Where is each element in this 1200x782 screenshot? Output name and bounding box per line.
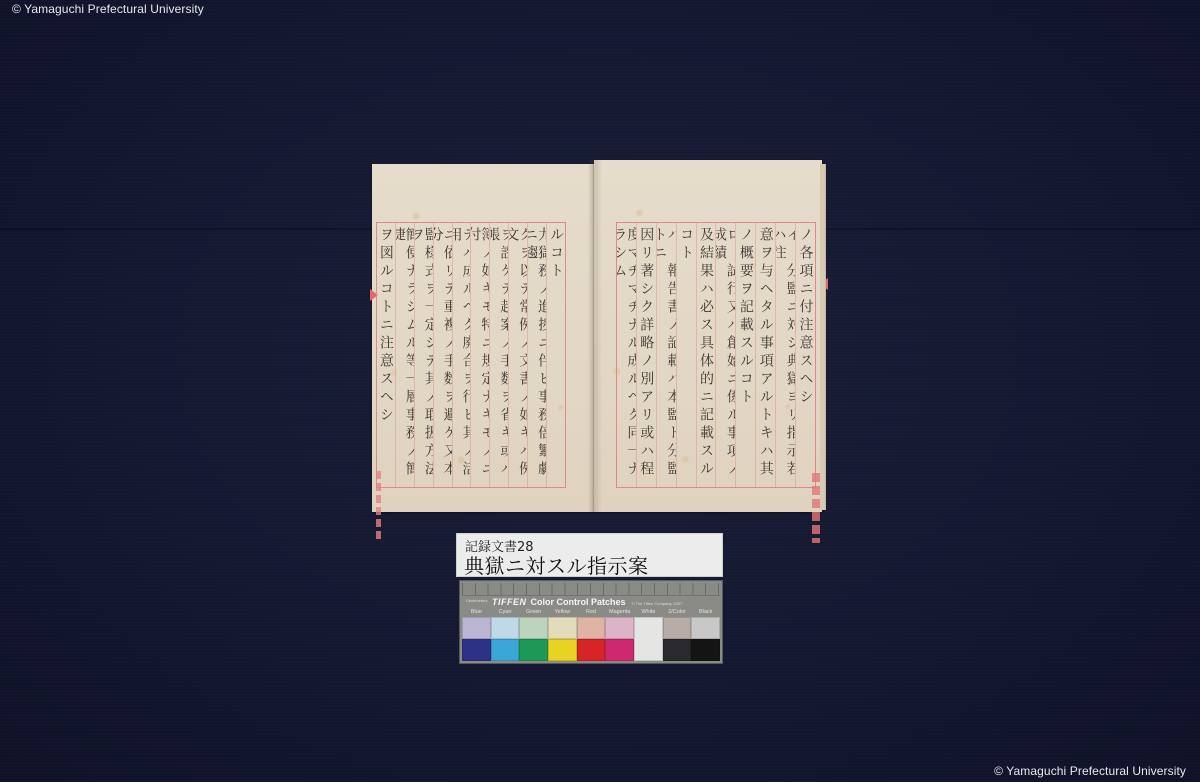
column-text: 簡便ナラシムル等一層事務ノ簡捷 bbox=[395, 227, 414, 487]
color-patch-white-light bbox=[634, 617, 663, 661]
column-text: テハ成ルヘク廃合ヲ行ヒ其ノ活用 bbox=[452, 227, 471, 487]
column-text: ノ概要ヲ記載スルコト bbox=[739, 227, 753, 407]
text-column: ロ、試行又ハ創始ニ係ル事項ノ成績 bbox=[715, 223, 735, 487]
color-patch-yellow-light bbox=[548, 617, 577, 639]
color-patch-3-color-light bbox=[663, 617, 692, 639]
right-page: ノ各項ニ付注意スヘシイ、分監ニ対シ典獄ヨリ指示若ハ注意ヲ与ヘタル事項アルトキハ其… bbox=[594, 160, 822, 512]
color-patch-3-color-dark bbox=[663, 639, 692, 661]
text-column: ハ、報告書ノ記載ハ本監ト分監トニ bbox=[656, 223, 676, 487]
text-column: テハ成ルヘク廃合ヲ行ヒ其ノ活用 bbox=[452, 223, 471, 487]
text-column: イ、分監ニ対シ典獄ヨリ指示若ハ注 bbox=[775, 223, 795, 487]
document-label-card: 記録文書28 典獄ニ対スル指示案 bbox=[456, 533, 723, 577]
patch-name-label: Magenta bbox=[605, 609, 634, 615]
text-column: 簿ノ如キモ特ニ規定ナキモノニ付 bbox=[470, 223, 489, 487]
column-text: 尤獄務ノ進捗ニ伴ヒ事務倍繁劇ニ趨 bbox=[527, 227, 546, 487]
color-patch-magenta-light bbox=[605, 617, 634, 639]
patch-name-label: Blue bbox=[462, 609, 491, 615]
column-text: 意ヲ与ヘタル事項アルトキハ其 bbox=[759, 227, 773, 479]
color-patch-green-light bbox=[519, 617, 548, 639]
text-column: 意ヲ与ヘタル事項アルトキハ其 bbox=[755, 223, 775, 487]
patch-name-label: Green bbox=[519, 609, 548, 615]
right-page-text-columns: ノ各項ニ付注意スヘシイ、分監ニ対シ典獄ヨリ指示若ハ注意ヲ与ヘタル事項アルトキハ其… bbox=[617, 223, 815, 487]
color-patch-cyan-dark bbox=[491, 639, 520, 661]
column-text: 簿ノ如キモ特ニ規定ナキモノニ付 bbox=[470, 227, 489, 487]
text-column: 因リ著シク詳略ノ別アリ或ハ程 bbox=[636, 223, 656, 487]
column-text: ニ依リテ重複ノ手数ヲ避ケ又本分 bbox=[433, 227, 452, 487]
page-edge-stack bbox=[820, 164, 826, 510]
column-text: ヲ図ルコトニ注意スヘシ bbox=[379, 227, 393, 425]
column-text: 度マチマチナル成ルヘク同一ナラシム bbox=[617, 227, 636, 487]
text-column: ノ概要ヲ記載スルコト bbox=[735, 223, 755, 487]
right-page-frame: ノ各項ニ付注意スヘシイ、分監ニ対シ典獄ヨリ指示若ハ注意ヲ与ヘタル事項アルトキハ其… bbox=[616, 222, 816, 488]
column-text: ハ、報告書ノ記載ハ本監ト分監トニ bbox=[656, 227, 676, 487]
patch-name-label: Yellow bbox=[548, 609, 577, 615]
text-column: クヲ以テ常例ノ文書ノ如キハ例文 bbox=[508, 223, 527, 487]
text-column: 尤獄務ノ進捗ニ伴ヒ事務倍繁劇ニ趨 bbox=[527, 223, 546, 487]
text-column: 簡便ナラシムル等一層事務ノ簡捷 bbox=[395, 223, 414, 487]
color-patch-red-dark bbox=[577, 639, 606, 661]
tiffen-logo: TIFFEN bbox=[492, 597, 527, 607]
color-patch-blue-dark bbox=[462, 639, 491, 661]
left-page: ルコト尤獄務ノ進捗ニ伴ヒ事務倍繁劇ニ趨クヲ以テ常例ノ文書ノ如キハ例文ヲ設ケテ起案… bbox=[372, 164, 594, 512]
patch-name-label: Red bbox=[577, 609, 606, 615]
column-text: ロ、試行又ハ創始ニ係ル事項ノ成績 bbox=[715, 227, 735, 487]
color-patch-green-dark bbox=[519, 639, 548, 661]
centimeters-label: Centimeters bbox=[466, 598, 488, 603]
color-control-chart: Centimeters TIFFENColor Control Patches©… bbox=[459, 580, 723, 664]
text-column: ヲ設ケテ起案ノ手数ヲ省キ或ハ帳 bbox=[489, 223, 508, 487]
column-text: クヲ以テ常例ノ文書ノ如キハ例文 bbox=[508, 227, 527, 487]
text-column: 監様式ヲ一定シテ其ノ取扱方法ヲ bbox=[414, 223, 433, 487]
text-column: ルコト bbox=[546, 223, 565, 487]
column-text: イ、分監ニ対シ典獄ヨリ指示若ハ注 bbox=[775, 227, 795, 487]
color-patch-red-light bbox=[577, 617, 606, 639]
column-text: ノ各項ニ付注意スヘシ bbox=[799, 227, 813, 407]
copyright-top-left: © Yamaguchi Prefectural University bbox=[12, 2, 204, 16]
color-patch-black-dark bbox=[691, 639, 720, 661]
left-page-frame: ルコト尤獄務ノ進捗ニ伴ヒ事務倍繁劇ニ趨クヲ以テ常例ノ文書ノ如キハ例文ヲ設ケテ起案… bbox=[376, 222, 566, 488]
color-patch-black-light bbox=[691, 617, 720, 639]
text-column: ノ各項ニ付注意スヘシ bbox=[795, 223, 815, 487]
chart-title: Color Control Patches bbox=[531, 597, 626, 607]
text-column: ヲ図ルコトニ注意スヘシ bbox=[377, 223, 395, 487]
patch-name-label: Black bbox=[691, 609, 720, 615]
column-text: ルコト bbox=[549, 227, 563, 281]
patch-name-label: Cyan bbox=[491, 609, 520, 615]
text-column: 及結果ハ必ス具体的ニ記載スル bbox=[696, 223, 716, 487]
column-text: 監様式ヲ一定シテ其ノ取扱方法ヲ bbox=[414, 227, 433, 487]
chart-brand: TIFFENColor Control Patches© The Tiffen … bbox=[492, 597, 682, 607]
column-text: ヲ設ケテ起案ノ手数ヲ省キ或ハ帳 bbox=[489, 227, 508, 487]
copyright-bottom-right: © Yamaguchi Prefectural University bbox=[994, 764, 1186, 778]
document-title: 典獄ニ対スル指示案 bbox=[464, 550, 649, 579]
left-page-text-columns: ルコト尤獄務ノ進捗ニ伴ヒ事務倍繁劇ニ趨クヲ以テ常例ノ文書ノ如キハ例文ヲ設ケテ起案… bbox=[377, 223, 565, 487]
color-patch-yellow-dark bbox=[548, 639, 577, 661]
open-document-book: ルコト尤獄務ノ進捗ニ伴ヒ事務倍繁劇ニ趨クヲ以テ常例ノ文書ノ如キハ例文ヲ設ケテ起案… bbox=[370, 157, 830, 520]
patch-name-label: 3/Color bbox=[663, 609, 692, 615]
color-patch-blue-light bbox=[462, 617, 491, 639]
chart-copyright: © The Tiffen Company, 2007 bbox=[632, 601, 683, 606]
color-patch-magenta-dark bbox=[605, 639, 634, 661]
text-column: ニ依リテ重複ノ手数ヲ避ケ又本分 bbox=[433, 223, 452, 487]
text-column: コト bbox=[676, 223, 696, 487]
gutter-shadow bbox=[588, 160, 602, 512]
text-column: 度マチマチナル成ルヘク同一ナラシム bbox=[617, 223, 636, 487]
column-text: 因リ著シク詳略ノ別アリ或ハ程 bbox=[639, 227, 653, 479]
color-patch-grid bbox=[462, 617, 720, 661]
patch-name-row: BlueCyanGreenYellowRedMagentaWhite3/Colo… bbox=[462, 609, 720, 615]
patch-name-label: White bbox=[634, 609, 663, 615]
column-text: 及結果ハ必ス具体的ニ記載スル bbox=[699, 227, 713, 479]
ruler-scale bbox=[462, 583, 720, 596]
column-text: コト bbox=[679, 227, 693, 263]
color-patch-cyan-light bbox=[491, 617, 520, 639]
